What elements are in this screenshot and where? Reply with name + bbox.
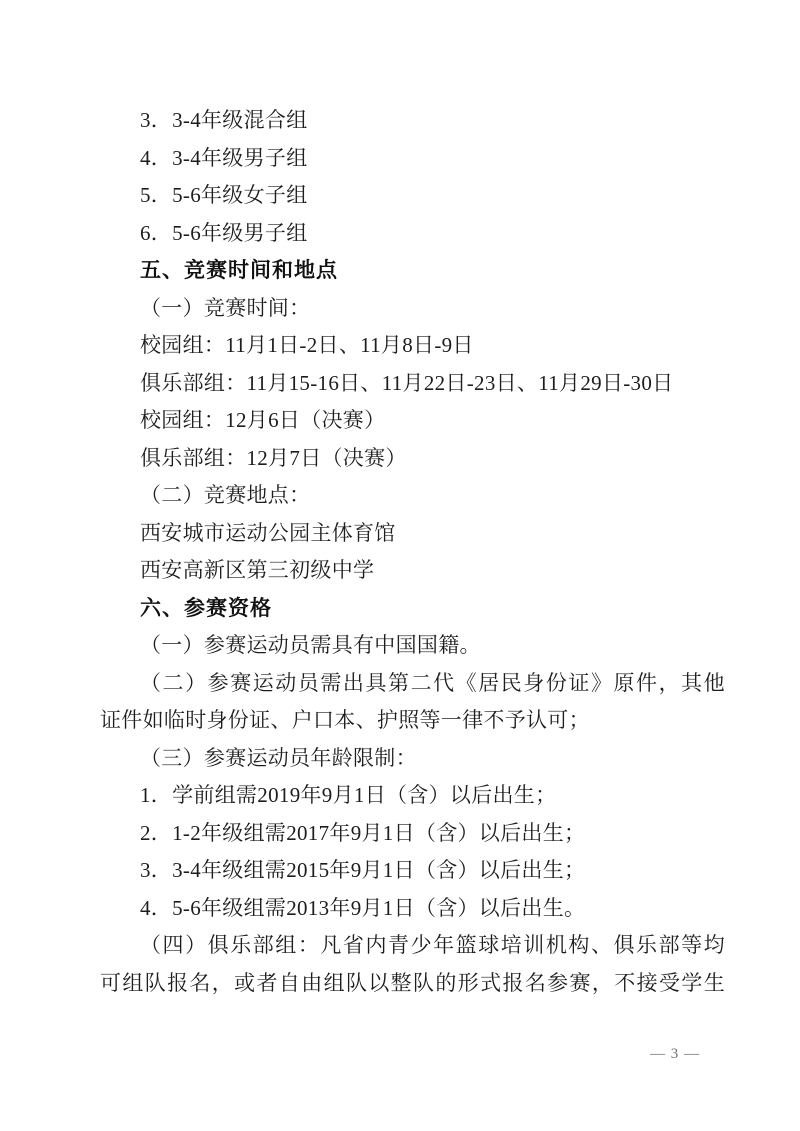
venue-city-sports-park: 西安城市运动公园主体育馆	[100, 515, 725, 553]
list-item-group-3: 3．3-4年级混合组	[100, 102, 725, 140]
schedule-club-group-final: 俱乐部组：12月7日（决赛）	[100, 440, 725, 478]
document-page: 3．3-4年级混合组 4．3-4年级男子组 5．5-6年级女子组 6．5-6年级…	[0, 0, 800, 1131]
venue-gaoxin-middle-school: 西安高新区第三初级中学	[100, 552, 725, 590]
eligibility-nationality: （一）参赛运动员需具有中国国籍。	[100, 627, 725, 665]
eligibility-id-card-line-1: （二）参赛运动员需出具第二代《居民身份证》原件，其他	[100, 665, 725, 703]
list-item-group-5: 5．5-6年级女子组	[100, 177, 725, 215]
eligibility-id-card-line-2: 证件如临时身份证、户口本、护照等一律不予认可；	[100, 702, 725, 740]
schedule-campus-group-november: 校园组：11月1日-2日、11月8日-9日	[100, 327, 725, 365]
subsection-age-limits: （三）参赛运动员年龄限制：	[100, 740, 725, 778]
list-item-group-6: 6．5-6年级男子组	[100, 215, 725, 253]
section-heading-6-eligibility: 六、参赛资格	[100, 590, 725, 628]
schedule-campus-group-final: 校园组：12月6日（决赛）	[100, 402, 725, 440]
document-body: 3．3-4年级混合组 4．3-4年级男子组 5．5-6年级女子组 6．5-6年级…	[100, 102, 725, 1002]
page-number: — 3 —	[650, 1044, 700, 1064]
age-limit-grade-5-6: 4．5-6年级组需2013年9月1日（含）以后出生。	[100, 890, 725, 928]
club-group-rule-line-2: 可组队报名，或者自由组队以整队的形式报名参赛，不接受学生	[100, 965, 725, 1003]
section-heading-5-time-location: 五、竞赛时间和地点	[100, 252, 725, 290]
list-item-group-4: 4．3-4年级男子组	[100, 140, 725, 178]
age-limit-preschool: 1．学前组需2019年9月1日（含）以后出生；	[100, 777, 725, 815]
age-limit-grade-3-4: 3．3-4年级组需2015年9月1日（含）以后出生；	[100, 852, 725, 890]
subsection-competition-time: （一）竞赛时间：	[100, 290, 725, 328]
subsection-competition-location: （二）竞赛地点：	[100, 477, 725, 515]
age-limit-grade-1-2: 2．1-2年级组需2017年9月1日（含）以后出生；	[100, 815, 725, 853]
club-group-rule-line-1: （四）俱乐部组：凡省内青少年篮球培训机构、俱乐部等均	[100, 927, 725, 965]
schedule-club-group-november: 俱乐部组：11月15-16日、11月22日-23日、11月29日-30日	[100, 365, 725, 403]
